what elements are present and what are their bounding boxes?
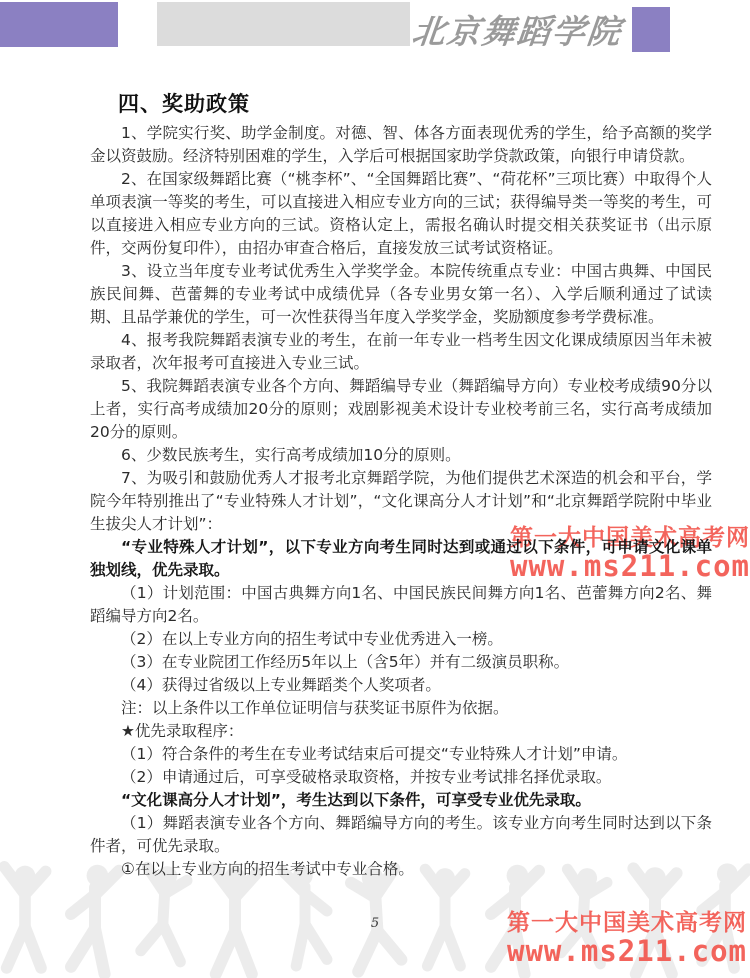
body-text: 1、学院实行奖、助学金制度。对德、智、体各方面表现优秀的学生，给予高额的奖学金以… [90,122,712,881]
paragraph: （3）在专业院团工作经历5年以上（含5年）并有二级演员职称。 [90,651,712,674]
paragraph: （1）计划范围：中国古典舞方向1名、中国民族民间舞方向1名、芭蕾舞方向2名、舞蹈… [90,582,712,628]
paragraph: ①在以上专业方向的招生考试中专业合格。 [90,858,712,881]
paragraph: 3、设立当年度专业考试优秀生入学奖学金。本院传统重点专业：中国古典舞、中国民族民… [90,260,712,329]
document-page: 北京舞蹈学院 四、奖助政策 1、学院实行奖、助学金制度。对德、智、体各方面表现优… [0,0,750,978]
paragraph: （1）舞蹈表演专业各个方向、舞蹈编导方向的考生。该专业方向考生同时达到以下条件者… [90,812,712,858]
watermark-site-url: www.ms211.com [507,937,747,966]
paragraph-high-culture-score-plan: “文化课高分人才计划”，考生达到以下条件，可享受专业优先录取。 [90,789,712,812]
paragraph: 2、在国家级舞蹈比赛（“桃李杯”、“全国舞蹈比赛”、“荷花杯”三项比赛）中取得个… [90,168,712,260]
paragraph: 4、报考我院舞蹈表演专业的考生，在前一年专业一档考生因文化课成绩原因当年未被录取… [90,329,712,375]
page-number: 5 [0,916,750,931]
paragraph: 5、我院舞蹈表演专业各个方向、舞蹈编导专业（舞蹈编导方向）专业校考成绩90分以上… [90,375,712,444]
paragraph: （2）申请通过后，可享受破格录取资格，并按专业考试排名择优录取。 [90,766,712,789]
paragraph: 注：以上条件以工作单位证明信与获奖证书原件为依据。 [90,697,712,720]
paragraph: （1）符合条件的考生在专业考试结束后可提交“专业特殊人才计划”申请。 [90,743,712,766]
paragraph: 6、少数民族考生，实行高考成绩加10分的原则。 [90,444,712,467]
header-gray-bar [157,2,410,46]
paragraph-special-talent-plan: “专业特殊人才计划”，以下专业方向考生同时达到或通过以下条件，可申请文化课单独划… [90,536,712,582]
section-title: 四、奖助政策 [118,88,250,118]
paragraph: （2）在以上专业方向的招生考试中专业优秀进入一榜。 [90,628,712,651]
header-purple-bar [0,2,118,47]
paragraph: 7、为吸引和鼓励优秀人才报考北京舞蹈学院，为他们提供艺术深造的机会和平台，学院今… [90,467,712,536]
paragraph: 1、学院实行奖、助学金制度。对德、智、体各方面表现优秀的学生，给予高额的奖学金以… [90,122,712,168]
academy-logo-calligraphy: 北京舞蹈学院 [409,6,629,58]
paragraph: （4）获得过省级以上专业舞蹈类个人奖项者。 [90,674,712,697]
paragraph: ★优先录取程序： [90,720,712,743]
header-purple-square [632,7,670,52]
